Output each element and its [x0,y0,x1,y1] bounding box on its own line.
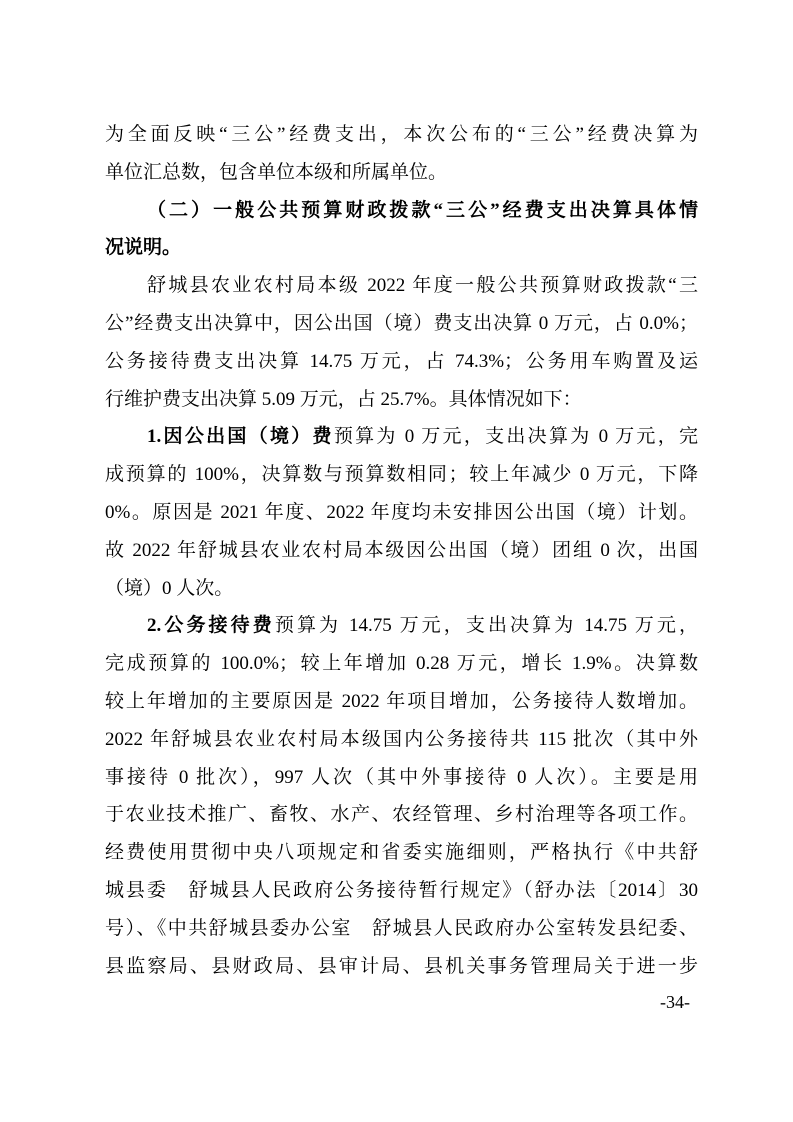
text-line: 故 2022 年舒城县农业农村局本级因公出国（境）团组 0 次，出国 [105,532,698,570]
text-line: 公”经费支出决算中，因公出国（境）费支出决算 0 万元，占 0.0%； [105,305,698,343]
text-line: （二）一般公共预算财政拨款“三公”经费支出决算具体情 [105,192,698,230]
text-line: 舒城县农业农村局本级 2022 年度一般公共预算财政拨款“三 [105,267,698,305]
line-bold-prefix: 1.因公出国（境）费 [147,426,334,447]
line-bold-prefix: 2.公务接待费 [147,615,275,636]
text-line: 于农业技术推广、畜牧、水产、农经管理、乡村治理等各项工作。 [105,796,698,834]
text-line: （境）0 人次。 [105,570,698,608]
text-line: 事接待 0 批次），997 人次（其中外事接待 0 人次）。主要是用 [105,759,698,797]
text-line: 经费使用贯彻中央八项规定和省委实施细则，严格执行《中共舒 [105,834,698,872]
text-line: 为全面反映“三公”经费支出，本次公布的“三公”经费决算为 [105,116,698,154]
text-line: 号）、《中共舒城县委办公室 舒城县人民政府办公室转发县纪委、 [105,910,698,948]
text-line: 行维护费支出决算 5.09 万元，占 25.7%。具体情况如下： [105,381,698,419]
document-page: 为全面反映“三公”经费支出，本次公布的“三公”经费决算为单位汇总数，包含单位本级… [0,0,793,1122]
document-body: 为全面反映“三公”经费支出，本次公布的“三公”经费决算为单位汇总数，包含单位本级… [105,116,698,985]
text-line: 2022 年舒城县农业农村局本级国内公务接待共 115 批次（其中外 [105,721,698,759]
text-line: 况说明。 [105,229,698,267]
text-line: 较上年增加的主要原因是 2022 年项目增加，公务接待人数增加。 [105,683,698,721]
text-line: 公务接待费支出决算 14.75 万元，占 74.3%；公务用车购置及运 [105,343,698,381]
text-line: 1.因公出国（境）费预算为 0 万元，支出决算为 0 万元，完 [105,418,698,456]
text-line: 县监察局、县财政局、县审计局、县机关事务管理局关于进一步 [105,948,698,986]
text-line: 2.公务接待费预算为 14.75 万元，支出决算为 14.75 万元， [105,607,698,645]
page-number: -34- [660,990,690,1014]
text-line: 单位汇总数，包含单位本级和所属单位。 [105,154,698,192]
text-line: 成预算的 100%，决算数与预算数相同；较上年减少 0 万元，下降 [105,456,698,494]
text-line: 城县委 舒城县人民政府公务接待暂行规定》（舒办法〔2014〕30 [105,872,698,910]
text-line: 0%。原因是 2021 年度、2022 年度均未安排因公出国（境）计划。 [105,494,698,532]
text-line: 完成预算的 100.0%；较上年增加 0.28 万元，增长 1.9%。决算数 [105,645,698,683]
